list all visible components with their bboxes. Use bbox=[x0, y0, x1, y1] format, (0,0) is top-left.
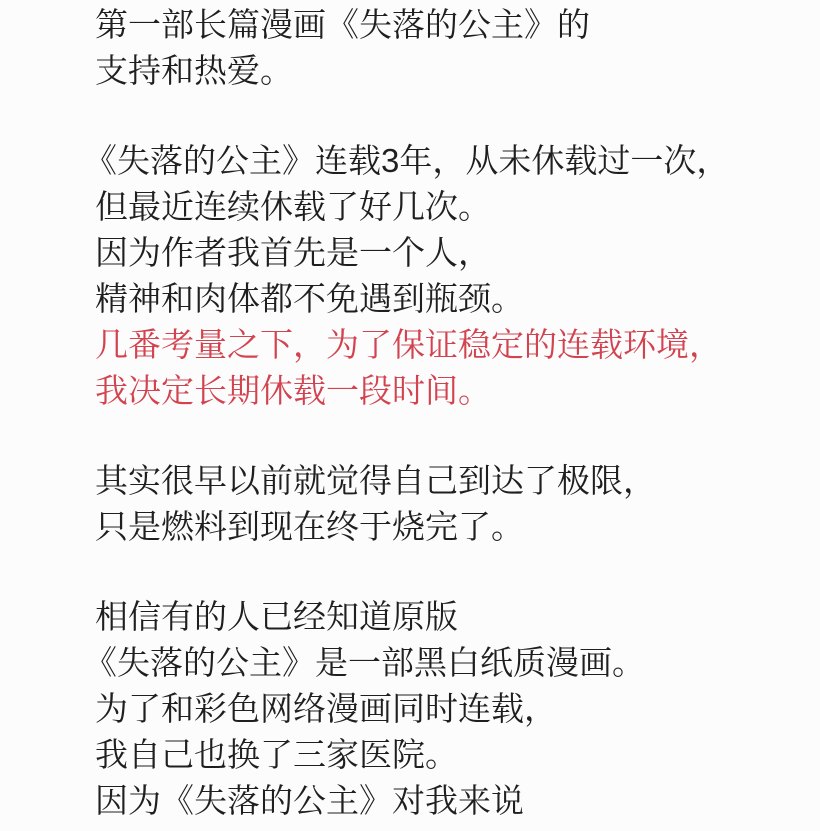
paragraph-3: 其实很早以前就觉得自己到达了极限， 只是燃料到现在终于烧完了。 bbox=[95, 458, 810, 550]
text-line: 第一部长篇漫画《失落的公主》的 bbox=[95, 2, 810, 48]
text-line: 《失落的公主》连载3年，从未休载过一次， bbox=[84, 138, 810, 184]
paragraph-1: 第一部长篇漫画《失落的公主》的 支持和热爱。 bbox=[95, 2, 810, 94]
paragraph-4: 相信有的人已经知道原版 《失落的公主》是一部黑白纸质漫画。 为了和彩色网络漫画同… bbox=[95, 594, 810, 824]
text-line: 其实很早以前就觉得自己到达了极限， bbox=[95, 458, 810, 504]
text-line: 精神和肉体都不免遇到瓶颈。 bbox=[95, 276, 810, 322]
text-line: 我自己也换了三家医院。 bbox=[95, 732, 810, 778]
text-line: 因为作者我首先是一个人， bbox=[95, 230, 810, 276]
text-line: 相信有的人已经知道原版 bbox=[95, 594, 810, 640]
text-line: 但最近连续休载了好几次。 bbox=[95, 184, 810, 230]
text-line: 因为《失落的公主》对我来说 bbox=[95, 778, 810, 824]
text-line: 只是燃料到现在终于烧完了。 bbox=[95, 504, 810, 550]
paragraph-2: 《失落的公主》连载3年，从未休载过一次， 但最近连续休载了好几次。 因为作者我首… bbox=[95, 138, 810, 414]
text-line-emphasis: 几番考量之下，为了保证稳定的连载环境， bbox=[95, 322, 810, 368]
text-line: 为了和彩色网络漫画同时连载， bbox=[95, 686, 810, 732]
text-line: 支持和热爱。 bbox=[95, 48, 810, 94]
text-line-emphasis: 我决定长期休载一段时间。 bbox=[95, 368, 810, 414]
announcement-text: 第一部长篇漫画《失落的公主》的 支持和热爱。 《失落的公主》连载3年，从未休载过… bbox=[0, 0, 820, 824]
text-line: 《失落的公主》是一部黑白纸质漫画。 bbox=[84, 640, 810, 686]
